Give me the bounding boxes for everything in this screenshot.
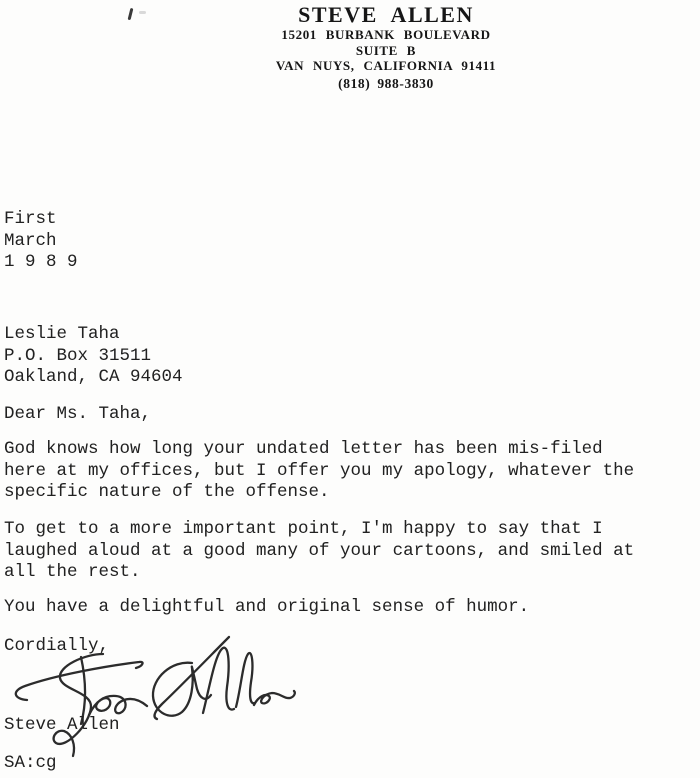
date-day: First bbox=[4, 209, 57, 229]
recipient-address-line-1: P.O. Box 31511 bbox=[4, 346, 151, 366]
date-year: 1 9 8 9 bbox=[4, 252, 78, 272]
date-block: First March 1 9 8 9 bbox=[4, 209, 78, 274]
letterhead-address-line-3: VAN NUYS, CALIFORNIA 91411 bbox=[72, 58, 700, 74]
letterhead-phone: (818) 988-3830 bbox=[72, 76, 700, 92]
letter-page: STEVE ALLEN 15201 BURBANK BOULEVARD SUIT… bbox=[0, 0, 700, 778]
letterhead-address-line-1: 15201 BURBANK BOULEVARD bbox=[72, 27, 700, 43]
date-month: March bbox=[4, 231, 57, 251]
typist-initials: SA:cg bbox=[4, 753, 57, 775]
body-paragraph-2: To get to a more important point, I'm ha… bbox=[4, 519, 634, 584]
letterhead-address-line-2: SUITE B bbox=[72, 43, 700, 59]
letterhead-name: STEVE ALLEN bbox=[72, 2, 700, 27]
handwritten-signature bbox=[0, 628, 310, 762]
salutation-line: Dear Ms. Taha, bbox=[4, 404, 151, 426]
letterhead: STEVE ALLEN 15201 BURBANK BOULEVARD SUIT… bbox=[0, 2, 700, 91]
recipient-block: Leslie Taha P.O. Box 31511 Oakland, CA 9… bbox=[4, 324, 183, 389]
recipient-address-line-2: Oakland, CA 94604 bbox=[4, 367, 183, 387]
recipient-name: Leslie Taha bbox=[4, 324, 120, 344]
body-paragraph-3: You have a delightful and original sense… bbox=[4, 597, 529, 619]
signed-name: Steve Allen bbox=[4, 715, 120, 737]
body-paragraph-1: God knows how long your undated letter h… bbox=[4, 439, 634, 504]
